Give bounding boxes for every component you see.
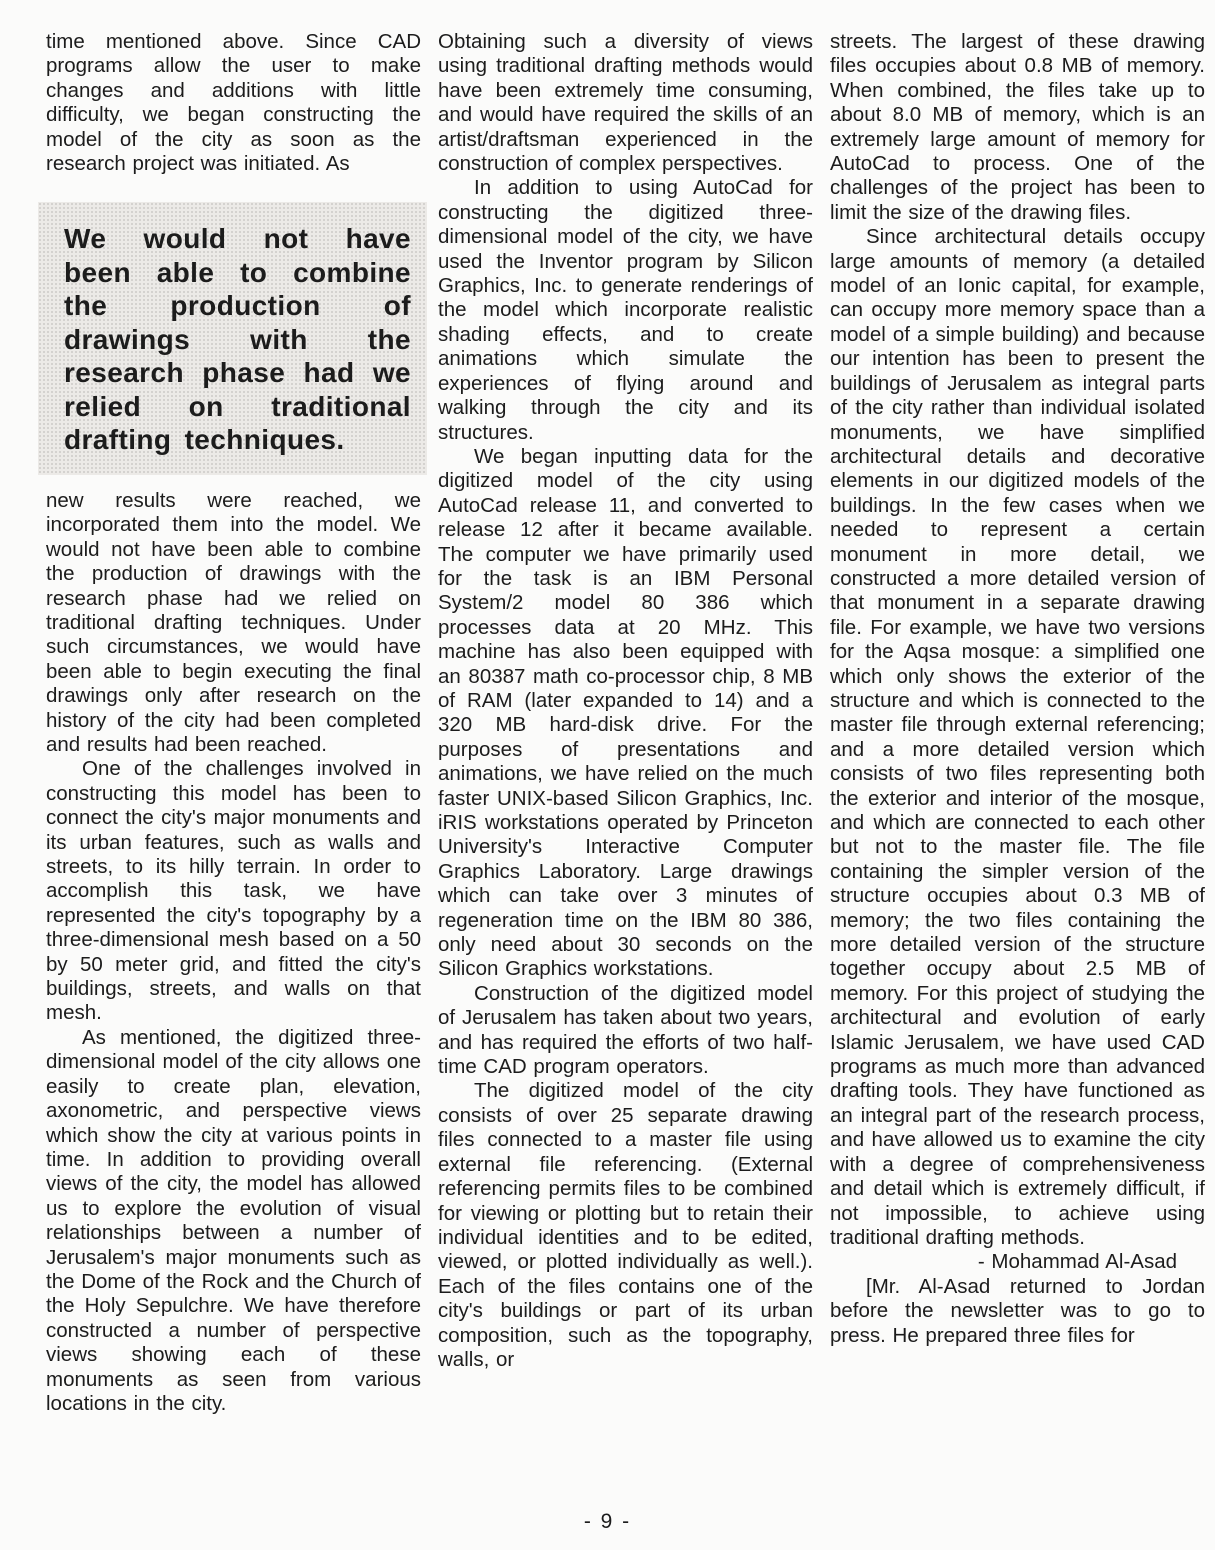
newsletter-page: time mentioned above. Since CAD programs… — [0, 0, 1215, 1550]
text-columns: time mentioned above. Since CAD programs… — [0, 0, 1215, 1416]
body-paragraph: Obtaining such a diversity of views usin… — [438, 30, 813, 176]
body-paragraph: [Mr. Al-Asad returned to Jordan before t… — [830, 1275, 1205, 1348]
body-paragraph: time mentioned above. Since CAD programs… — [46, 30, 421, 176]
pull-quote: We would not have been able to combine t… — [38, 202, 427, 475]
body-paragraph: One of the challenges involved in constr… — [46, 757, 421, 1025]
body-paragraph: As mentioned, the digitized three-dimens… — [46, 1026, 421, 1417]
body-paragraph: We began inputting data for the digitize… — [438, 445, 813, 982]
body-paragraph: Since architectural details occupy large… — [830, 225, 1205, 1250]
author-byline: - Mohammad Al-Asad — [830, 1250, 1205, 1274]
page-number: - 9 - — [0, 1510, 1215, 1534]
body-paragraph: streets. The largest of these drawing fi… — [830, 30, 1205, 225]
column-2: Obtaining such a diversity of views usin… — [438, 30, 813, 1416]
column-3: streets. The largest of these drawing fi… — [830, 30, 1205, 1416]
body-paragraph: Construction of the digitized model of J… — [438, 982, 813, 1080]
body-paragraph: new results were reached, we incorporate… — [46, 489, 421, 757]
body-paragraph: In addition to using AutoCad for constru… — [438, 176, 813, 444]
column-1: time mentioned above. Since CAD programs… — [46, 30, 421, 1416]
body-paragraph: The digitized model of the city consists… — [438, 1079, 813, 1372]
